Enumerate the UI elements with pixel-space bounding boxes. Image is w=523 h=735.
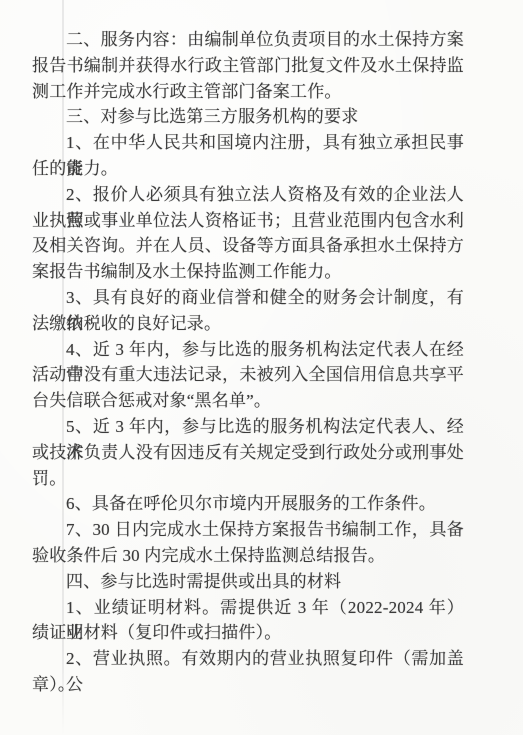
text-line: 验收条件后 30 内完成水土保持监测总结报告。 <box>32 543 464 569</box>
text-line: 7、30 日内完成水土保持方案报告书编制工作，具备 <box>32 517 464 543</box>
text-line: 6、具备在呼伦贝尔市境内开展服务的工作条件。 <box>32 491 464 517</box>
text-line: 案报告书编制及水土保持监测工作能力。 <box>32 259 464 285</box>
text-line: 业执照或事业单位法人资格证书；且营业范围内包含水利 <box>32 208 464 234</box>
text-line: 绩证明材料（复印件或扫描件）。 <box>32 620 464 646</box>
text-line: 1、业绩证明材料。需提供近 3 年（2022-2024 年）业 <box>32 595 464 621</box>
text-line: 3、具有良好的商业信誉和健全的财务会计制度，有依 <box>32 285 464 311</box>
text-line: 测工作并完成水行政主管部门备案工作。 <box>32 79 464 105</box>
text-line: 三、对参与比选第三方服务机构的要求 <box>32 104 464 130</box>
document-page: 二、服务内容：由编制单位负责项目的水土保持方案报告书编制并获得水行政主管部门批复… <box>0 0 523 735</box>
text-line: 2、报价人必须具有独立法人资格及有效的企业法人营 <box>32 182 464 208</box>
text-line: 罚。 <box>32 466 464 492</box>
text-line: 1、在中华人民共和国境内注册，具有独立承担民事责 <box>32 130 464 156</box>
text-line: 四、参与比选时需提供或出具的材料 <box>32 569 464 595</box>
document-body: 二、服务内容：由编制单位负责项目的水土保持方案报告书编制并获得水行政主管部门批复… <box>32 27 464 698</box>
text-line: 活动中没有重大违法记录，未被列入全国信用信息共享平 <box>32 362 464 388</box>
text-line: 台失信联合惩戒对象“黑名单”。 <box>32 388 464 414</box>
text-line: 及相关咨询。并在人员、设备等方面具备承担水土保持方 <box>32 233 464 259</box>
text-line: 或技术负责人没有因违反有关规定受到行政处分或刑事处 <box>32 440 464 466</box>
text-line: 任的能力。 <box>32 156 464 182</box>
text-line: 5、近 3 年内，参与比选的服务机构法定代表人、经济 <box>32 414 464 440</box>
text-line: 2、营业执照。有效期内的营业执照复印件（需加盖公 <box>32 646 464 672</box>
text-line: 4、近 3 年内，参与比选的服务机构法定代表人在经营 <box>32 337 464 363</box>
text-line: 二、服务内容：由编制单位负责项目的水土保持方案 <box>32 27 464 53</box>
text-line: 法缴纳税收的良好记录。 <box>32 311 464 337</box>
text-line: 章）。 <box>32 672 464 698</box>
text-line: 报告书编制并获得水行政主管部门批复文件及水土保持监 <box>32 53 464 79</box>
